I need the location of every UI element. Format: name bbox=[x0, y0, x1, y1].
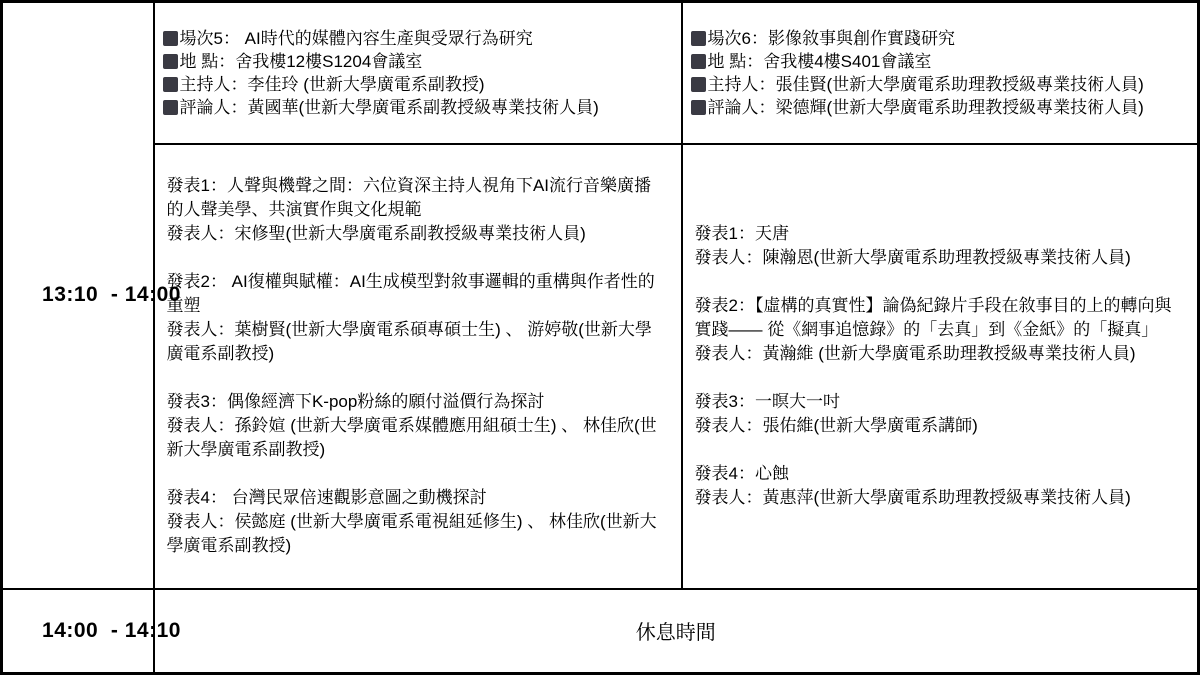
presentation-block: 發表4： 台灣民眾倍速觀影意圖之動機探討 發表人：侯懿庭 (世新大學廣電系電視組… bbox=[167, 486, 667, 558]
discussant-line: 評論人：梁德輝(世新大學廣電系助理教授級專業技術人員) bbox=[691, 96, 1188, 119]
session-6-header-cell: 場次6：影像敘事與創作實踐研究 地 點：舍我樓4樓S401會議室 主持人：張佳賢… bbox=[682, 2, 1199, 144]
location-line: 地 點：舍我樓12樓S1204會議室 bbox=[163, 50, 671, 73]
discussant-text: 評論人：梁德輝(世新大學廣電系助理教授級專業技術人員) bbox=[708, 96, 1144, 119]
time-slot-label: 13:10 - 14:00 bbox=[42, 283, 181, 306]
presentation-presenter: 發表人：孫鈴媗 (世新大學廣電系媒體應用組碩士生) 、 林佳欣(世新大學廣電系副… bbox=[167, 414, 667, 462]
presentation-presenter: 發表人：陳瀚恩(世新大學廣電系助理教授級專業技術人員) bbox=[695, 246, 1184, 270]
moderator-text: 主持人：李佳玲 (世新大學廣電系副教授) bbox=[180, 73, 485, 96]
presentation-block: 發表2： AI復權與賦權：AI生成模型對敘事邏輯的重構與作者性的重塑 發表人：葉… bbox=[167, 270, 667, 366]
presentation-title: 發表2： AI復權與賦權：AI生成模型對敘事邏輯的重構與作者性的重塑 bbox=[167, 270, 667, 318]
presentation-title: 發表1：人聲與機聲之間：六位資深主持人視角下AI流行音樂廣播的人聲美學、共演實作… bbox=[167, 174, 667, 222]
time-slot-cell-break: 14:00 - 14:10 bbox=[2, 589, 154, 674]
presentation-title: 發表4：心蝕 bbox=[695, 462, 1184, 486]
presentation-block: 發表1：人聲與機聲之間：六位資深主持人視角下AI流行音樂廣播的人聲美學、共演實作… bbox=[167, 174, 667, 246]
presentation-presenter: 發表人：黃瀚維 (世新大學廣電系助理教授級專業技術人員) bbox=[695, 342, 1184, 366]
presentation-presenter: 發表人：宋修聖(世新大學廣電系副教授級專業技術人員) bbox=[167, 222, 667, 246]
presentation-block: 發表4：心蝕 發表人：黃惠萍(世新大學廣電系助理教授級專業技術人員) bbox=[695, 462, 1184, 510]
presentation-block: 發表1：天唐 發表人：陳瀚恩(世新大學廣電系助理教授級專業技術人員) bbox=[695, 222, 1184, 270]
presentation-presenter: 發表人：張佑維(世新大學廣電系講師) bbox=[695, 414, 1184, 438]
presentation-presenter: 發表人：侯懿庭 (世新大學廣電系電視組延修生) 、 林佳欣(世新大學廣電系副教授… bbox=[167, 510, 667, 558]
bullet-square-icon bbox=[691, 100, 706, 115]
location-line: 地 點：舍我樓4樓S401會議室 bbox=[691, 50, 1188, 73]
presentation-block: 發表2：【虛構的真實性】論偽紀錄片手段在敘事目的上的轉向與實踐—— 從《網事追憶… bbox=[695, 294, 1184, 366]
location-text: 地 點：舍我樓12樓S1204會議室 bbox=[180, 50, 423, 73]
session-number-line: 場次5： AI時代的媒體內容生產與受眾行為研究 bbox=[163, 27, 671, 50]
bullet-square-icon bbox=[163, 77, 178, 92]
presentation-block: 發表3：偶像經濟下K-pop粉絲的願付溢價行為探討 發表人：孫鈴媗 (世新大學廣… bbox=[167, 390, 667, 462]
session-5-presentations-cell: 發表1：人聲與機聲之間：六位資深主持人視角下AI流行音樂廣播的人聲美學、共演實作… bbox=[154, 144, 682, 589]
break-label: 休息時間 bbox=[636, 622, 716, 644]
bullet-square-icon bbox=[691, 77, 706, 92]
bullet-square-icon bbox=[691, 54, 706, 69]
presentation-presenter: 發表人：葉樹賢(世新大學廣電系碩專碩士生) 、 游婷敬(世新大學廣電系副教授) bbox=[167, 318, 667, 366]
moderator-line: 主持人：張佳賢(世新大學廣電系助理教授級專業技術人員) bbox=[691, 73, 1188, 96]
session-number-text: 場次6：影像敘事與創作實踐研究 bbox=[708, 27, 955, 50]
session-5-header-cell: 場次5： AI時代的媒體內容生產與受眾行為研究 地 點：舍我樓12樓S1204會… bbox=[154, 2, 682, 144]
moderator-text: 主持人：張佳賢(世新大學廣電系助理教授級專業技術人員) bbox=[708, 73, 1144, 96]
presentation-block: 發表3：一暝大一吋 發表人：張佑維(世新大學廣電系講師) bbox=[695, 390, 1184, 438]
break-cell: 休息時間 bbox=[154, 589, 1199, 674]
moderator-line: 主持人：李佳玲 (世新大學廣電系副教授) bbox=[163, 73, 671, 96]
schedule-table: 13:10 - 14:00 場次5： AI時代的媒體內容生產與受眾行為研究 地 … bbox=[0, 0, 1200, 675]
location-text: 地 點：舍我樓4樓S401會議室 bbox=[708, 50, 932, 73]
session-number-text: 場次5： AI時代的媒體內容生產與受眾行為研究 bbox=[180, 27, 533, 50]
presentation-title: 發表1：天唐 bbox=[695, 222, 1184, 246]
presentation-title: 發表3：偶像經濟下K-pop粉絲的願付溢價行為探討 bbox=[167, 390, 667, 414]
presentation-title: 發表4： 台灣民眾倍速觀影意圖之動機探討 bbox=[167, 486, 667, 510]
bullet-square-icon bbox=[163, 31, 178, 46]
session-6-presentations-cell: 發表1：天唐 發表人：陳瀚恩(世新大學廣電系助理教授級專業技術人員) 發表2：【… bbox=[682, 144, 1199, 589]
discussant-line: 評論人：黃國華(世新大學廣電系副教授級專業技術人員) bbox=[163, 96, 671, 119]
session-number-line: 場次6：影像敘事與創作實踐研究 bbox=[691, 27, 1188, 50]
time-slot-label: 14:00 - 14:10 bbox=[42, 619, 181, 642]
presentation-title: 發表2：【虛構的真實性】論偽紀錄片手段在敘事目的上的轉向與實踐—— 從《網事追憶… bbox=[695, 294, 1184, 342]
presentation-presenter: 發表人：黃惠萍(世新大學廣電系助理教授級專業技術人員) bbox=[695, 486, 1184, 510]
presentation-title: 發表3：一暝大一吋 bbox=[695, 390, 1184, 414]
bullet-square-icon bbox=[163, 100, 178, 115]
bullet-square-icon bbox=[691, 31, 706, 46]
bullet-square-icon bbox=[163, 54, 178, 69]
time-slot-cell-main: 13:10 - 14:00 bbox=[2, 2, 154, 589]
discussant-text: 評論人：黃國華(世新大學廣電系副教授級專業技術人員) bbox=[180, 96, 599, 119]
